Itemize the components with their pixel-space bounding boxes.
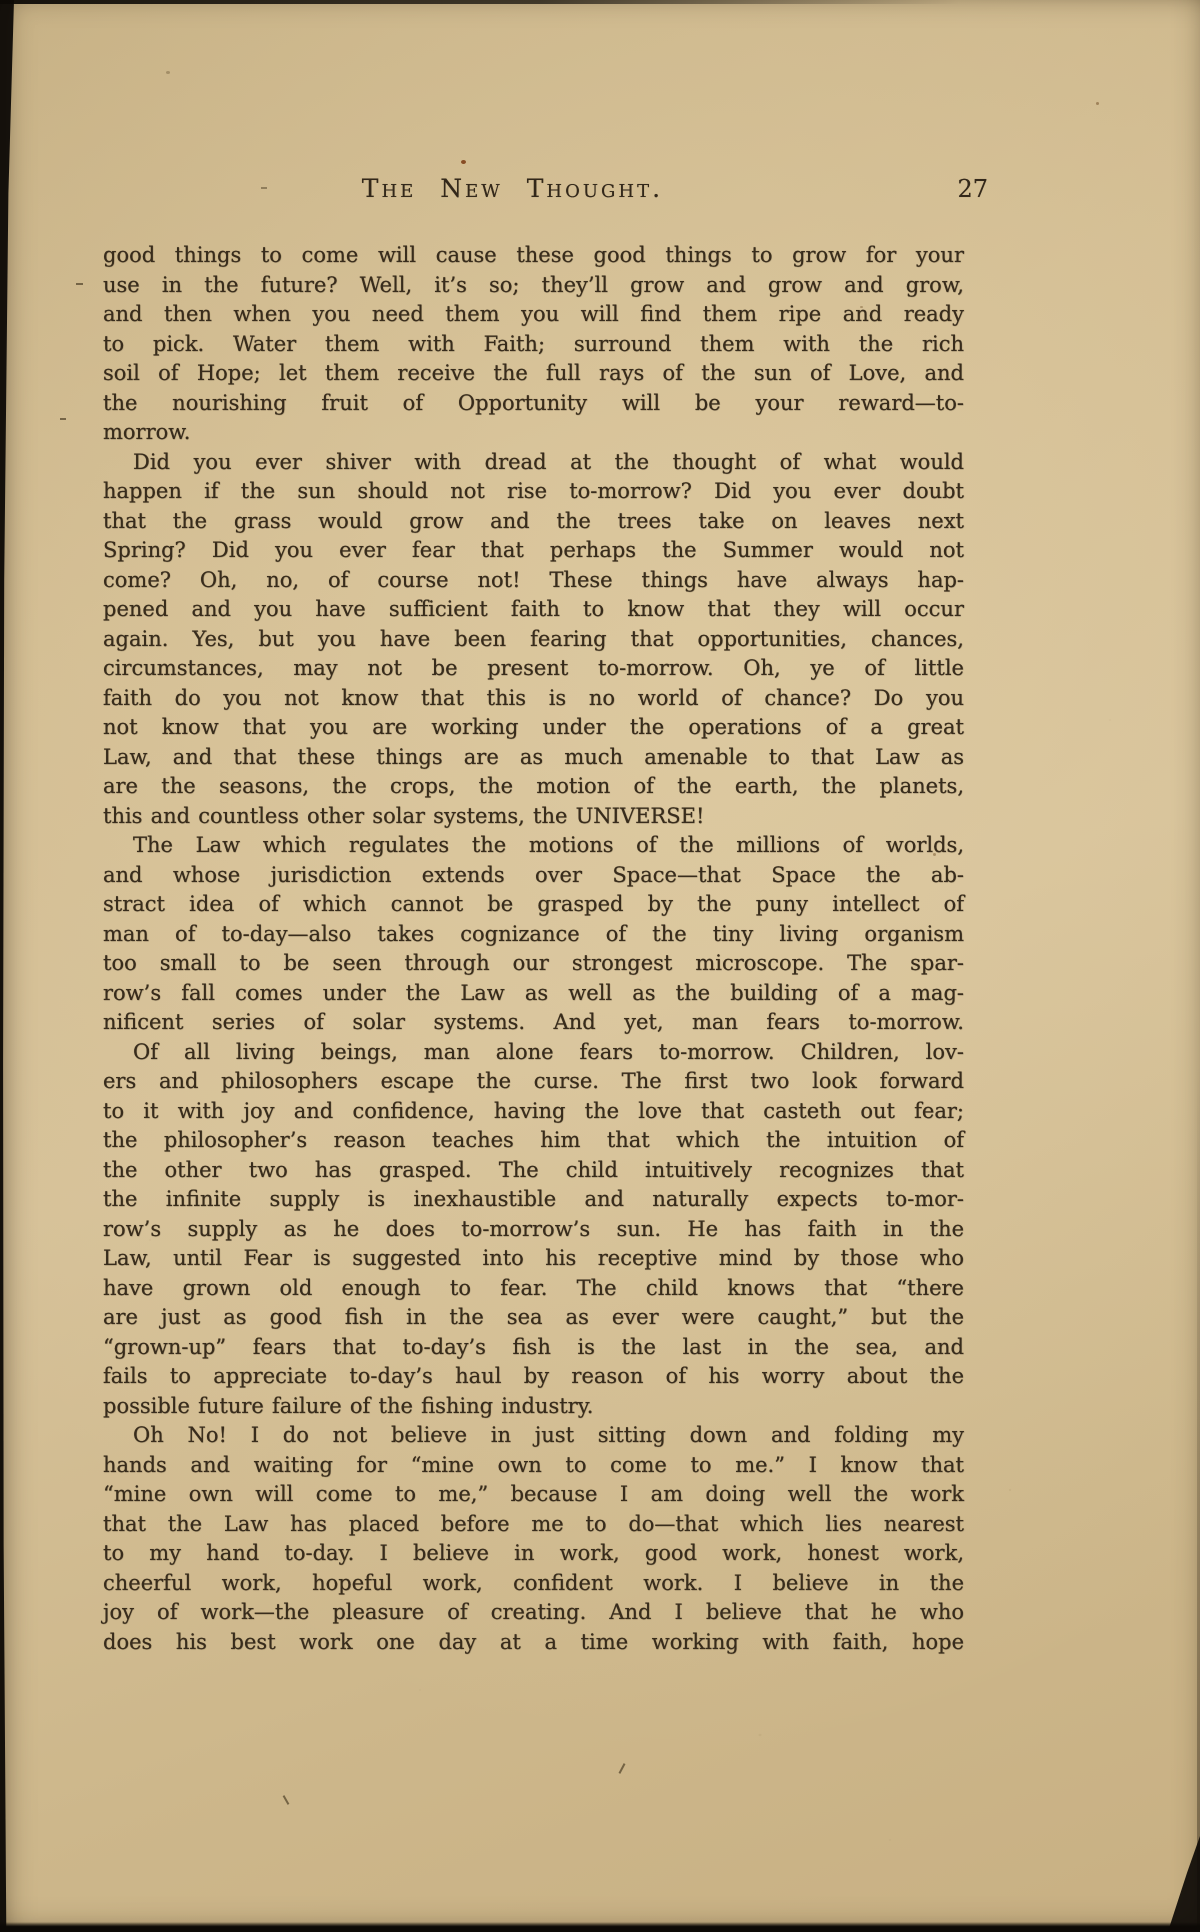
text-line: The Law which regulates the motions of t…: [103, 831, 964, 861]
paper-speck: [933, 853, 936, 856]
text-line: Did you ever shiver with dread at the th…: [103, 448, 964, 478]
text-line: hands and waiting for “mine own to come …: [103, 1451, 964, 1481]
paragraph-5: Oh No! I do not believe in just sitting …: [103, 1421, 964, 1657]
text-line: this and countless other solar systems, …: [103, 802, 964, 832]
text-line: nificent series of solar systems. And ye…: [103, 1008, 964, 1038]
text-line: Law, until Fear is suggested into his re…: [103, 1244, 964, 1274]
text-line: and whose jurisdiction extends over Spac…: [103, 861, 964, 891]
paper-speck: [1096, 102, 1099, 105]
paragraph-1: good things to come will cause these goo…: [103, 241, 964, 448]
scanned-book-page: The New Thought. 27 good things to come …: [0, 0, 1200, 1932]
text-line: ers and philosophers escape the curse. T…: [103, 1067, 964, 1097]
text-line: pened and you have sufficient faith to k…: [103, 595, 964, 625]
text-line: again. Yes, but you have been fearing th…: [103, 625, 964, 655]
paragraph-2: Did you ever shiver with dread at the th…: [103, 448, 964, 832]
text-line: Law, and that these things are as much a…: [103, 743, 964, 773]
text-line: have grown old enough to fear. The child…: [103, 1274, 964, 1304]
text-line: man of to-day—also takes cognizance of t…: [103, 920, 964, 950]
text-line: stract idea of which cannot be grasped b…: [103, 890, 964, 920]
text-line: Spring? Did you ever fear that perhaps t…: [103, 536, 964, 566]
scan-edge-bottom: [0, 1922, 1200, 1932]
text-line: joy of work—the pleasure of creating. An…: [103, 1598, 964, 1628]
stray-mark: [76, 283, 83, 285]
text-line: does his best work one day at a time wor…: [103, 1628, 964, 1658]
stray-mark: [60, 418, 66, 420]
text-line: and then when you need them you will fin…: [103, 300, 964, 330]
text-line: to pick. Water them with Faith; surround…: [103, 330, 964, 360]
text-line: happen if the sun should not rise to-mor…: [103, 477, 964, 507]
text-line: Oh No! I do not believe in just sitting …: [103, 1421, 964, 1451]
text-line: soil of Hope; let them receive the full …: [103, 359, 964, 389]
paragraph-4: Of all living beings, man alone fears to…: [103, 1038, 964, 1422]
text-line: circumstances, may not be present to-mor…: [103, 654, 964, 684]
text-line: row’s fall comes under the Law as well a…: [103, 979, 964, 1009]
text-line: possible future failure of the fishing i…: [103, 1392, 964, 1422]
text-line: come? Oh, no, of course not! These thing…: [103, 566, 964, 596]
paper-speck: [461, 160, 466, 164]
paper-speck: [860, 306, 863, 308]
text-line: good things to come will cause these goo…: [103, 241, 964, 271]
paper-speck: [166, 71, 170, 74]
text-line: the infinite supply is inexhaustible and…: [103, 1185, 964, 1215]
text-line: to it with joy and confidence, having th…: [103, 1097, 964, 1127]
text-line: the philosopher’s reason teaches him tha…: [103, 1126, 964, 1156]
page-content: The New Thought. 27 good things to come …: [0, 0, 1200, 1932]
text-line: use in the future? Well, it’s so; they’l…: [103, 271, 964, 301]
text-line: Of all living beings, man alone fears to…: [103, 1038, 964, 1068]
text-line: to my hand to-day. I believe in work, go…: [103, 1539, 964, 1569]
text-line: are the seasons, the crops, the motion o…: [103, 772, 964, 802]
page-number: 27: [957, 174, 988, 204]
text-line: “mine own will come to me,” because I am…: [103, 1480, 964, 1510]
text-line: morrow.: [103, 418, 964, 448]
text-line: not know that you are working under the …: [103, 713, 964, 743]
text-line: fails to appreciate to-day’s haul by rea…: [103, 1362, 964, 1392]
text-line: that the grass would grow and the trees …: [103, 507, 964, 537]
text-line: the other two has grasped. The child int…: [103, 1156, 964, 1186]
text-line: are just as good fish in the sea as ever…: [103, 1303, 964, 1333]
stray-mark: [261, 187, 267, 189]
text-line: cheerful work, hopeful work, confident w…: [103, 1569, 964, 1599]
text-line: “grown-up” fears that to-day’s fish is t…: [103, 1333, 964, 1363]
text-line: faith do you not know that this is no wo…: [103, 684, 964, 714]
book-title: The New Thought.: [362, 174, 663, 204]
text-line: that the Law has placed before me to do—…: [103, 1510, 964, 1540]
paragraph-3: The Law which regulates the motions of t…: [103, 831, 964, 1038]
scan-edge-top: [0, 0, 1200, 4]
text-line: too small to be seen through our stronge…: [103, 949, 964, 979]
text-line: row’s supply as he does to-morrow’s sun.…: [103, 1215, 964, 1245]
body-text: good things to come will cause these goo…: [103, 241, 964, 1657]
running-header: The New Thought. 27: [103, 174, 964, 208]
text-line: the nourishing fruit of Opportunity will…: [103, 389, 964, 419]
